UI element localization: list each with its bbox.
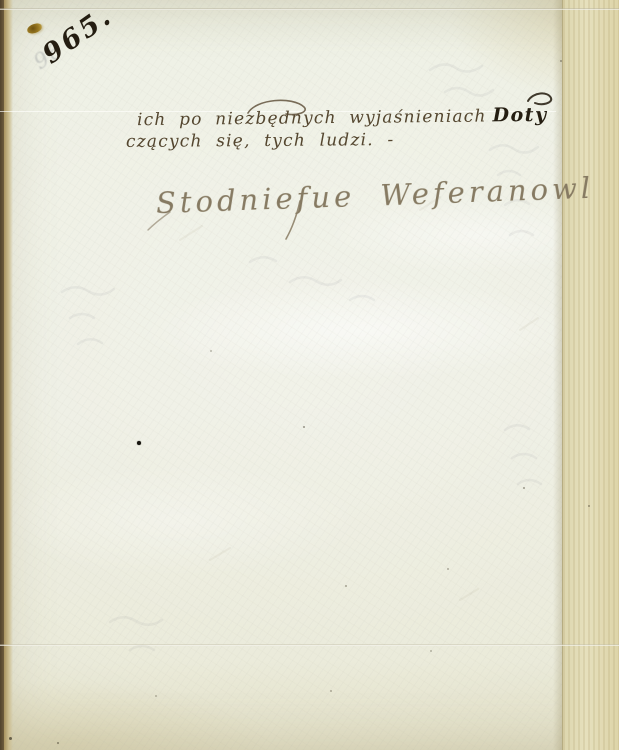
ink-speck <box>430 650 432 652</box>
ink-blot-dot <box>137 441 141 445</box>
adjacent-page-band <box>562 0 619 750</box>
manuscript-line-1-text: ich po niezbędnych wyjaśnieniach <box>137 106 487 130</box>
signature: Stodniefue Weferanowl <box>155 171 594 220</box>
ochre-stain <box>26 22 43 34</box>
fold-crease-line <box>0 644 619 646</box>
manuscript-line-1: ich po niezbędnych wyjaśnieniachDoty <box>137 104 548 130</box>
ink-speck <box>447 568 449 570</box>
binding-edge-tan <box>4 0 13 750</box>
page-number: 965. <box>37 0 118 70</box>
ink-speck <box>588 505 590 507</box>
ink-speck <box>210 350 212 352</box>
page-right-edge-shadow <box>553 0 562 750</box>
ink-speck <box>303 426 305 428</box>
ink-speck <box>523 487 525 489</box>
ink-speck <box>330 690 332 692</box>
ink-speck <box>560 60 562 62</box>
manuscript-line-2: czących się, tych ludzi. - <box>126 130 395 152</box>
ink-speck <box>57 742 59 744</box>
manuscript-line-1-suffix: Doty <box>492 104 547 127</box>
ink-speck <box>9 737 12 740</box>
ink-speck <box>155 695 157 697</box>
manuscript-scan-page: 96 965. ich po niezbędnych wyjaśnieniach… <box>0 0 619 750</box>
ink-speck <box>345 585 347 587</box>
